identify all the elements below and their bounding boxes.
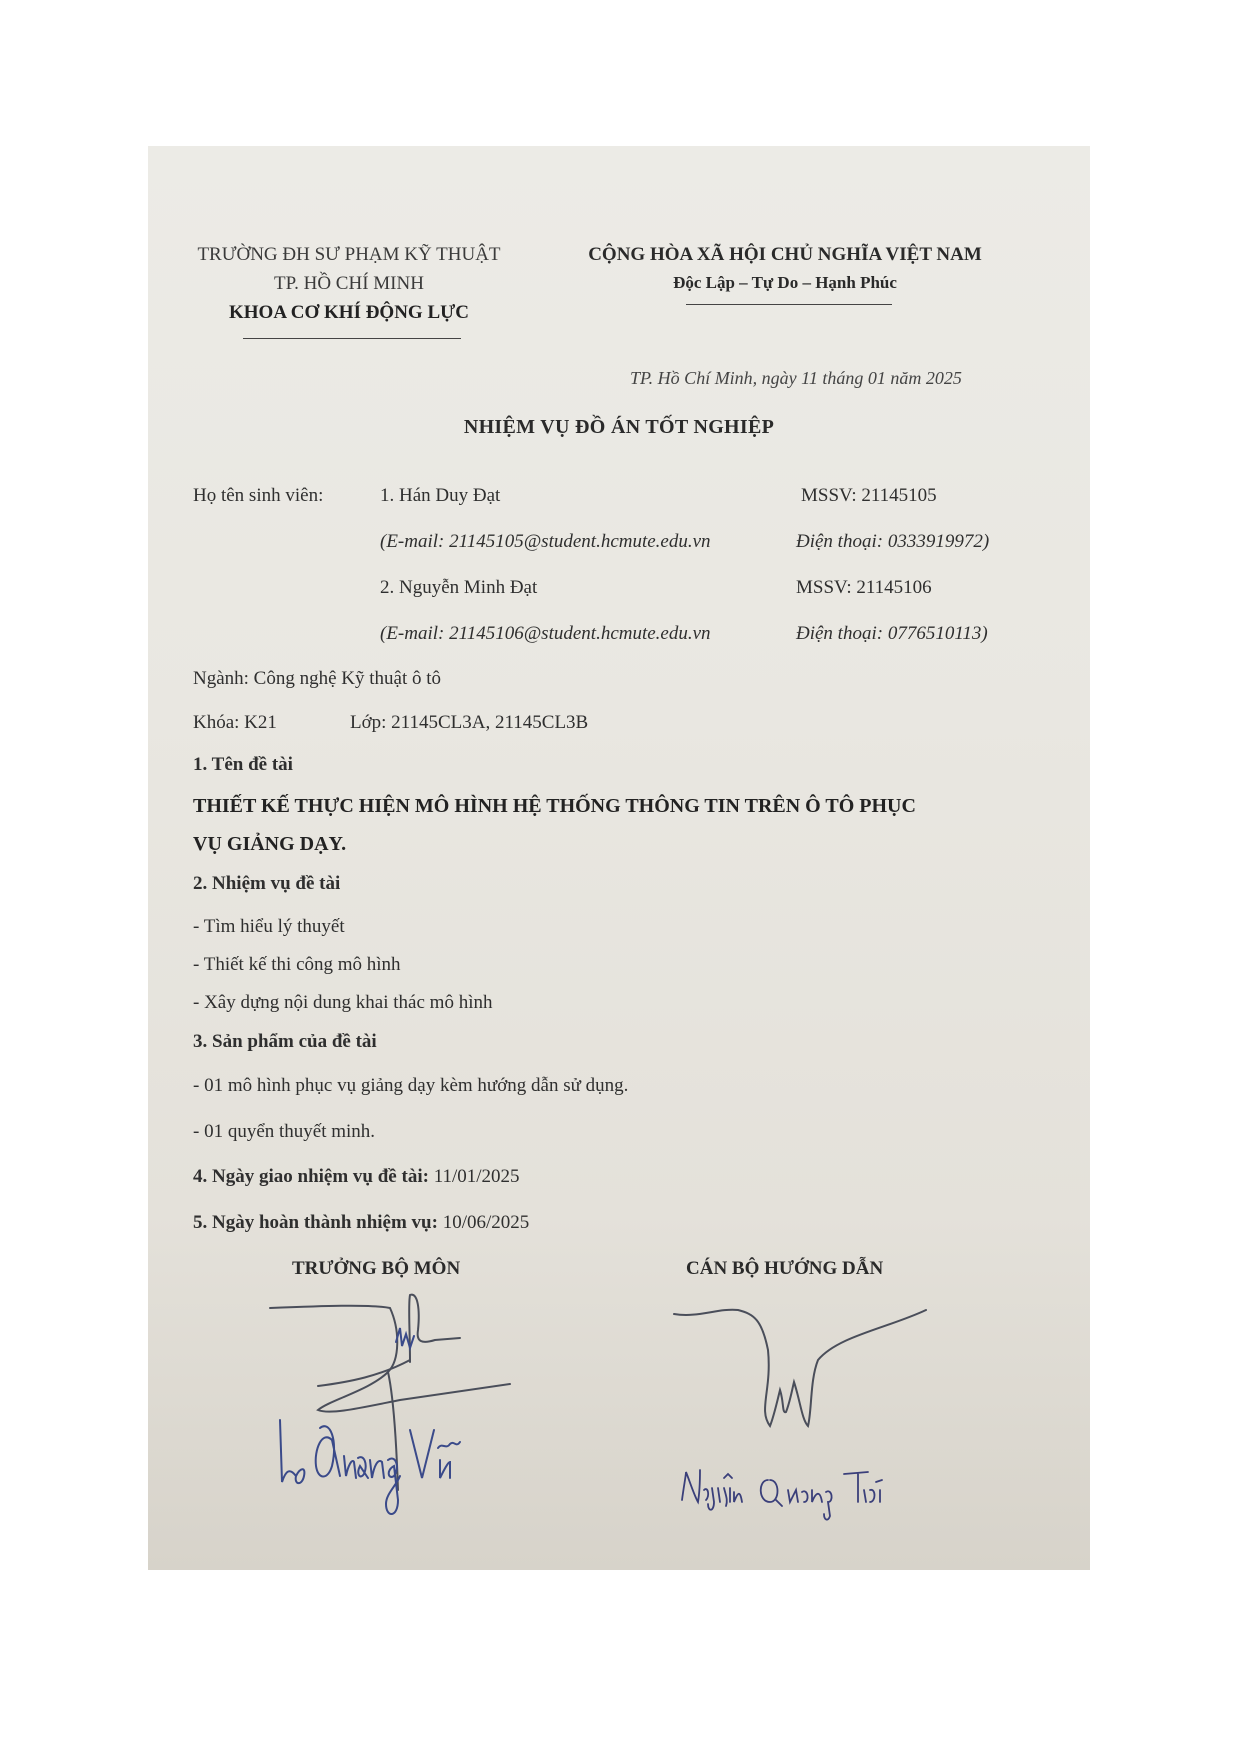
nation-name: CỘNG HÒA XÃ HỘI CHỦ NGHĨA VIỆT NAM: [565, 241, 1005, 269]
head-of-department-signature: [260, 1290, 550, 1510]
complete-date-row: 5. Ngày hoàn thành nhiệm vụ: 10/06/2025: [193, 1212, 529, 1234]
cohort: Khóa: K21: [193, 712, 277, 734]
motto-underline: [686, 304, 892, 305]
student-1-email: (E-mail: 21145105@student.hcmute.edu.vn: [380, 531, 711, 553]
date-line: TP. Hồ Chí Minh, ngày 11 tháng 01 năm 20…: [630, 368, 962, 389]
national-header: CỘNG HÒA XÃ HỘI CHỦ NGHĨA VIỆT NAM Độc L…: [565, 241, 1005, 297]
document-title: NHIỆM VỤ ĐỒ ÁN TỐT NGHIỆP: [148, 416, 1090, 439]
student-2-name: 2. Nguyễn Minh Đạt: [380, 577, 537, 599]
supervisor-signature: [668, 1290, 938, 1540]
faculty-underline: [243, 338, 461, 339]
student-1-name: 1. Hán Duy Đạt: [380, 485, 500, 507]
topic-title-line-1: THIẾT KẾ THỰC HIỆN MÔ HÌNH HỆ THỐNG THÔN…: [193, 795, 916, 818]
national-motto: Độc Lập – Tự Do – Hạnh Phúc: [565, 269, 1005, 297]
assign-date-label: 4. Ngày giao nhiệm vụ đề tài:: [193, 1166, 429, 1187]
faculty-name: KHOA CƠ KHÍ ĐỘNG LỰC: [184, 298, 514, 327]
students-label: Họ tên sinh viên:: [193, 485, 323, 507]
student-1-phone: Điện thoại: 0333919972): [796, 531, 989, 553]
head-of-department-title: TRƯỞNG BỘ MÔN: [292, 1258, 460, 1280]
section-1-heading: 1. Tên đề tài: [193, 754, 293, 776]
section-3-heading: 3. Sản phẩm của đề tài: [193, 1031, 377, 1053]
university-city: TP. HỒ CHÍ MINH: [184, 269, 514, 298]
task-item: - Tìm hiểu lý thuyết: [193, 916, 345, 938]
complete-date-label: 5. Ngày hoàn thành nhiệm vụ:: [193, 1212, 438, 1233]
section-2-heading: 2. Nhiệm vụ đề tài: [193, 873, 340, 895]
product-item: - 01 quyển thuyết minh.: [193, 1121, 375, 1143]
student-2-mssv: MSSV: 21145106: [796, 577, 932, 599]
institution-header: TRƯỜNG ĐH SƯ PHẠM KỸ THUẬT TP. HỒ CHÍ MI…: [184, 240, 514, 327]
class: Lớp: 21145CL3A, 21145CL3B: [350, 712, 588, 734]
university-name: TRƯỜNG ĐH SƯ PHẠM KỸ THUẬT: [184, 240, 514, 269]
student-2-phone: Điện thoại: 0776510113): [796, 623, 988, 645]
task-item: - Thiết kế thi công mô hình: [193, 954, 401, 976]
student-2-email: (E-mail: 21145106@student.hcmute.edu.vn: [380, 623, 711, 645]
product-item: - 01 mô hình phục vụ giảng dạy kèm hướng…: [193, 1075, 628, 1097]
complete-date-value: 10/06/2025: [443, 1212, 530, 1233]
assign-date-value: 11/01/2025: [434, 1166, 520, 1187]
major: Ngành: Công nghệ Kỹ thuật ô tô: [193, 668, 441, 690]
supervisor-title: CÁN BỘ HƯỚNG DẪN: [686, 1258, 883, 1280]
student-1-mssv: MSSV: 21145105: [801, 485, 937, 507]
topic-title-line-2: VỤ GIẢNG DẠY.: [193, 833, 346, 856]
assign-date-row: 4. Ngày giao nhiệm vụ đề tài: 11/01/2025: [193, 1166, 520, 1188]
task-item: - Xây dựng nội dung khai thác mô hình: [193, 992, 492, 1014]
